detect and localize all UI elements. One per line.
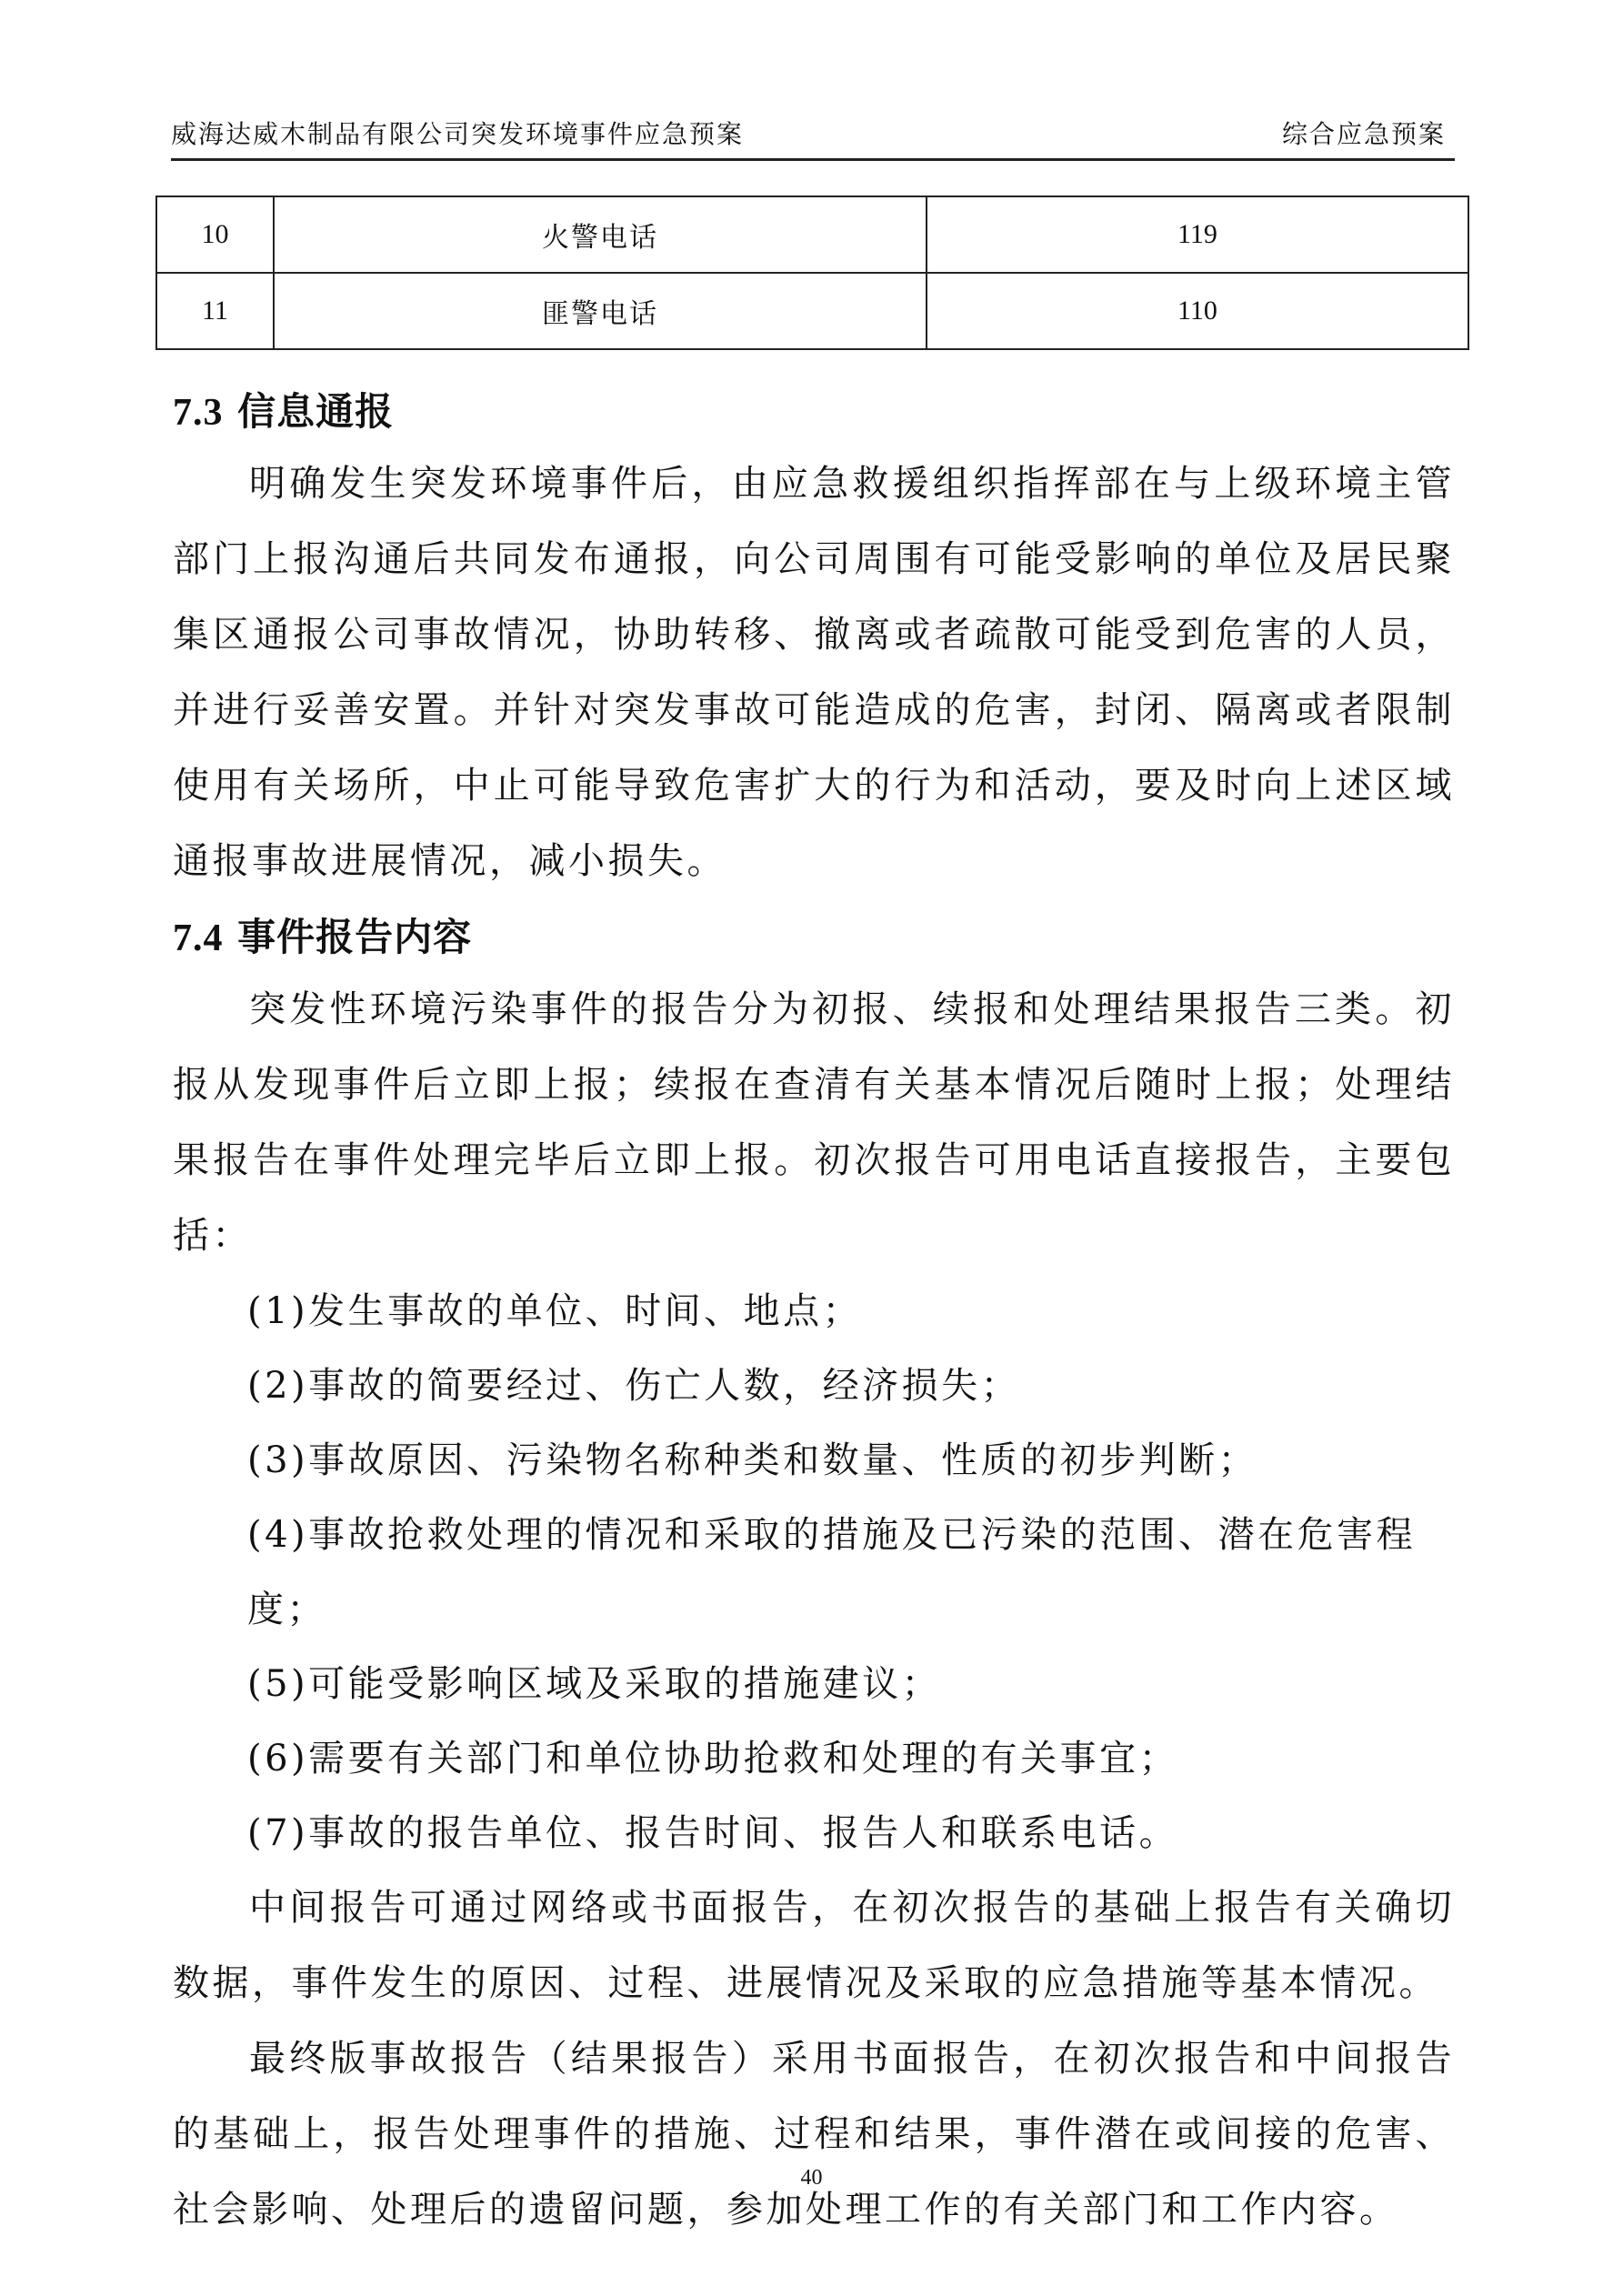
paragraph: 突发性环境污染事件的报告分为初报、续报和处理结果报告三类。初报从发现事件后立即上… [173,972,1455,1274]
document-body: 7.3 信息通报 明确发生突发环境事件后，由应急救援组织指挥部在与上级环境主管部… [173,377,1455,2248]
page-number: 40 [0,2166,1623,2191]
contact-name: 匪警电话 [274,273,927,349]
section-number: 7.4 [173,917,224,959]
section-title: 事件报告内容 [237,915,472,959]
row-index: 11 [156,273,274,349]
section-heading-7-4: 7.4 事件报告内容 [173,903,1455,972]
emergency-phone-table: 10 火警电话 119 11 匪警电话 110 [155,196,1469,350]
list-item: (3)事故原因、污染物名称种类和数量、性质的初步判断； [173,1423,1455,1498]
paragraph: 最终版事故报告（结果报告）采用书面报告，在初次报告和中间报告的基础上，报告处理事… [173,2021,1455,2248]
list-item: (1)发生事故的单位、时间、地点； [173,1274,1455,1349]
section-number: 7.3 [173,392,224,434]
contact-name: 火警电话 [274,196,927,273]
list-item: (6)需要有关部门和单位协助抢救和处理的有关事宜； [173,1721,1455,1796]
paragraph: 明确发生突发环境事件后，由应急救援组织指挥部在与上级环境主管部门上报沟通后共同发… [173,446,1455,899]
row-index: 10 [156,196,274,273]
list-item: (5)可能受影响区域及采取的措施建议； [173,1647,1455,1721]
contact-phone: 119 [927,196,1468,273]
paragraph: 中间报告可通过网络或书面报告，在初次报告的基础上报告有关确切数据，事件发生的原因… [173,1870,1455,2021]
contact-phone: 110 [927,273,1468,349]
document-title: 威海达威木制品有限公司突发环境事件应急预案 [171,115,744,151]
section-title: 信息通报 [237,389,394,434]
section-heading-7-3: 7.3 信息通报 [173,377,1455,446]
table-row: 10 火警电话 119 [156,196,1468,273]
list-item: (2)事故的简要经过、伤亡人数，经济损失； [173,1349,1455,1423]
table-row: 11 匪警电话 110 [156,273,1468,349]
list-item: (7)事故的报告单位、报告时间、报告人和联系电话。 [173,1796,1455,1870]
plan-type-label: 综合应急预案 [1282,115,1446,151]
page-header: 威海达威木制品有限公司突发环境事件应急预案 综合应急预案 [171,111,1455,161]
list-item: (4)事故抢救处理的情况和采取的措施及已污染的范围、潜在危害程度； [173,1498,1455,1647]
